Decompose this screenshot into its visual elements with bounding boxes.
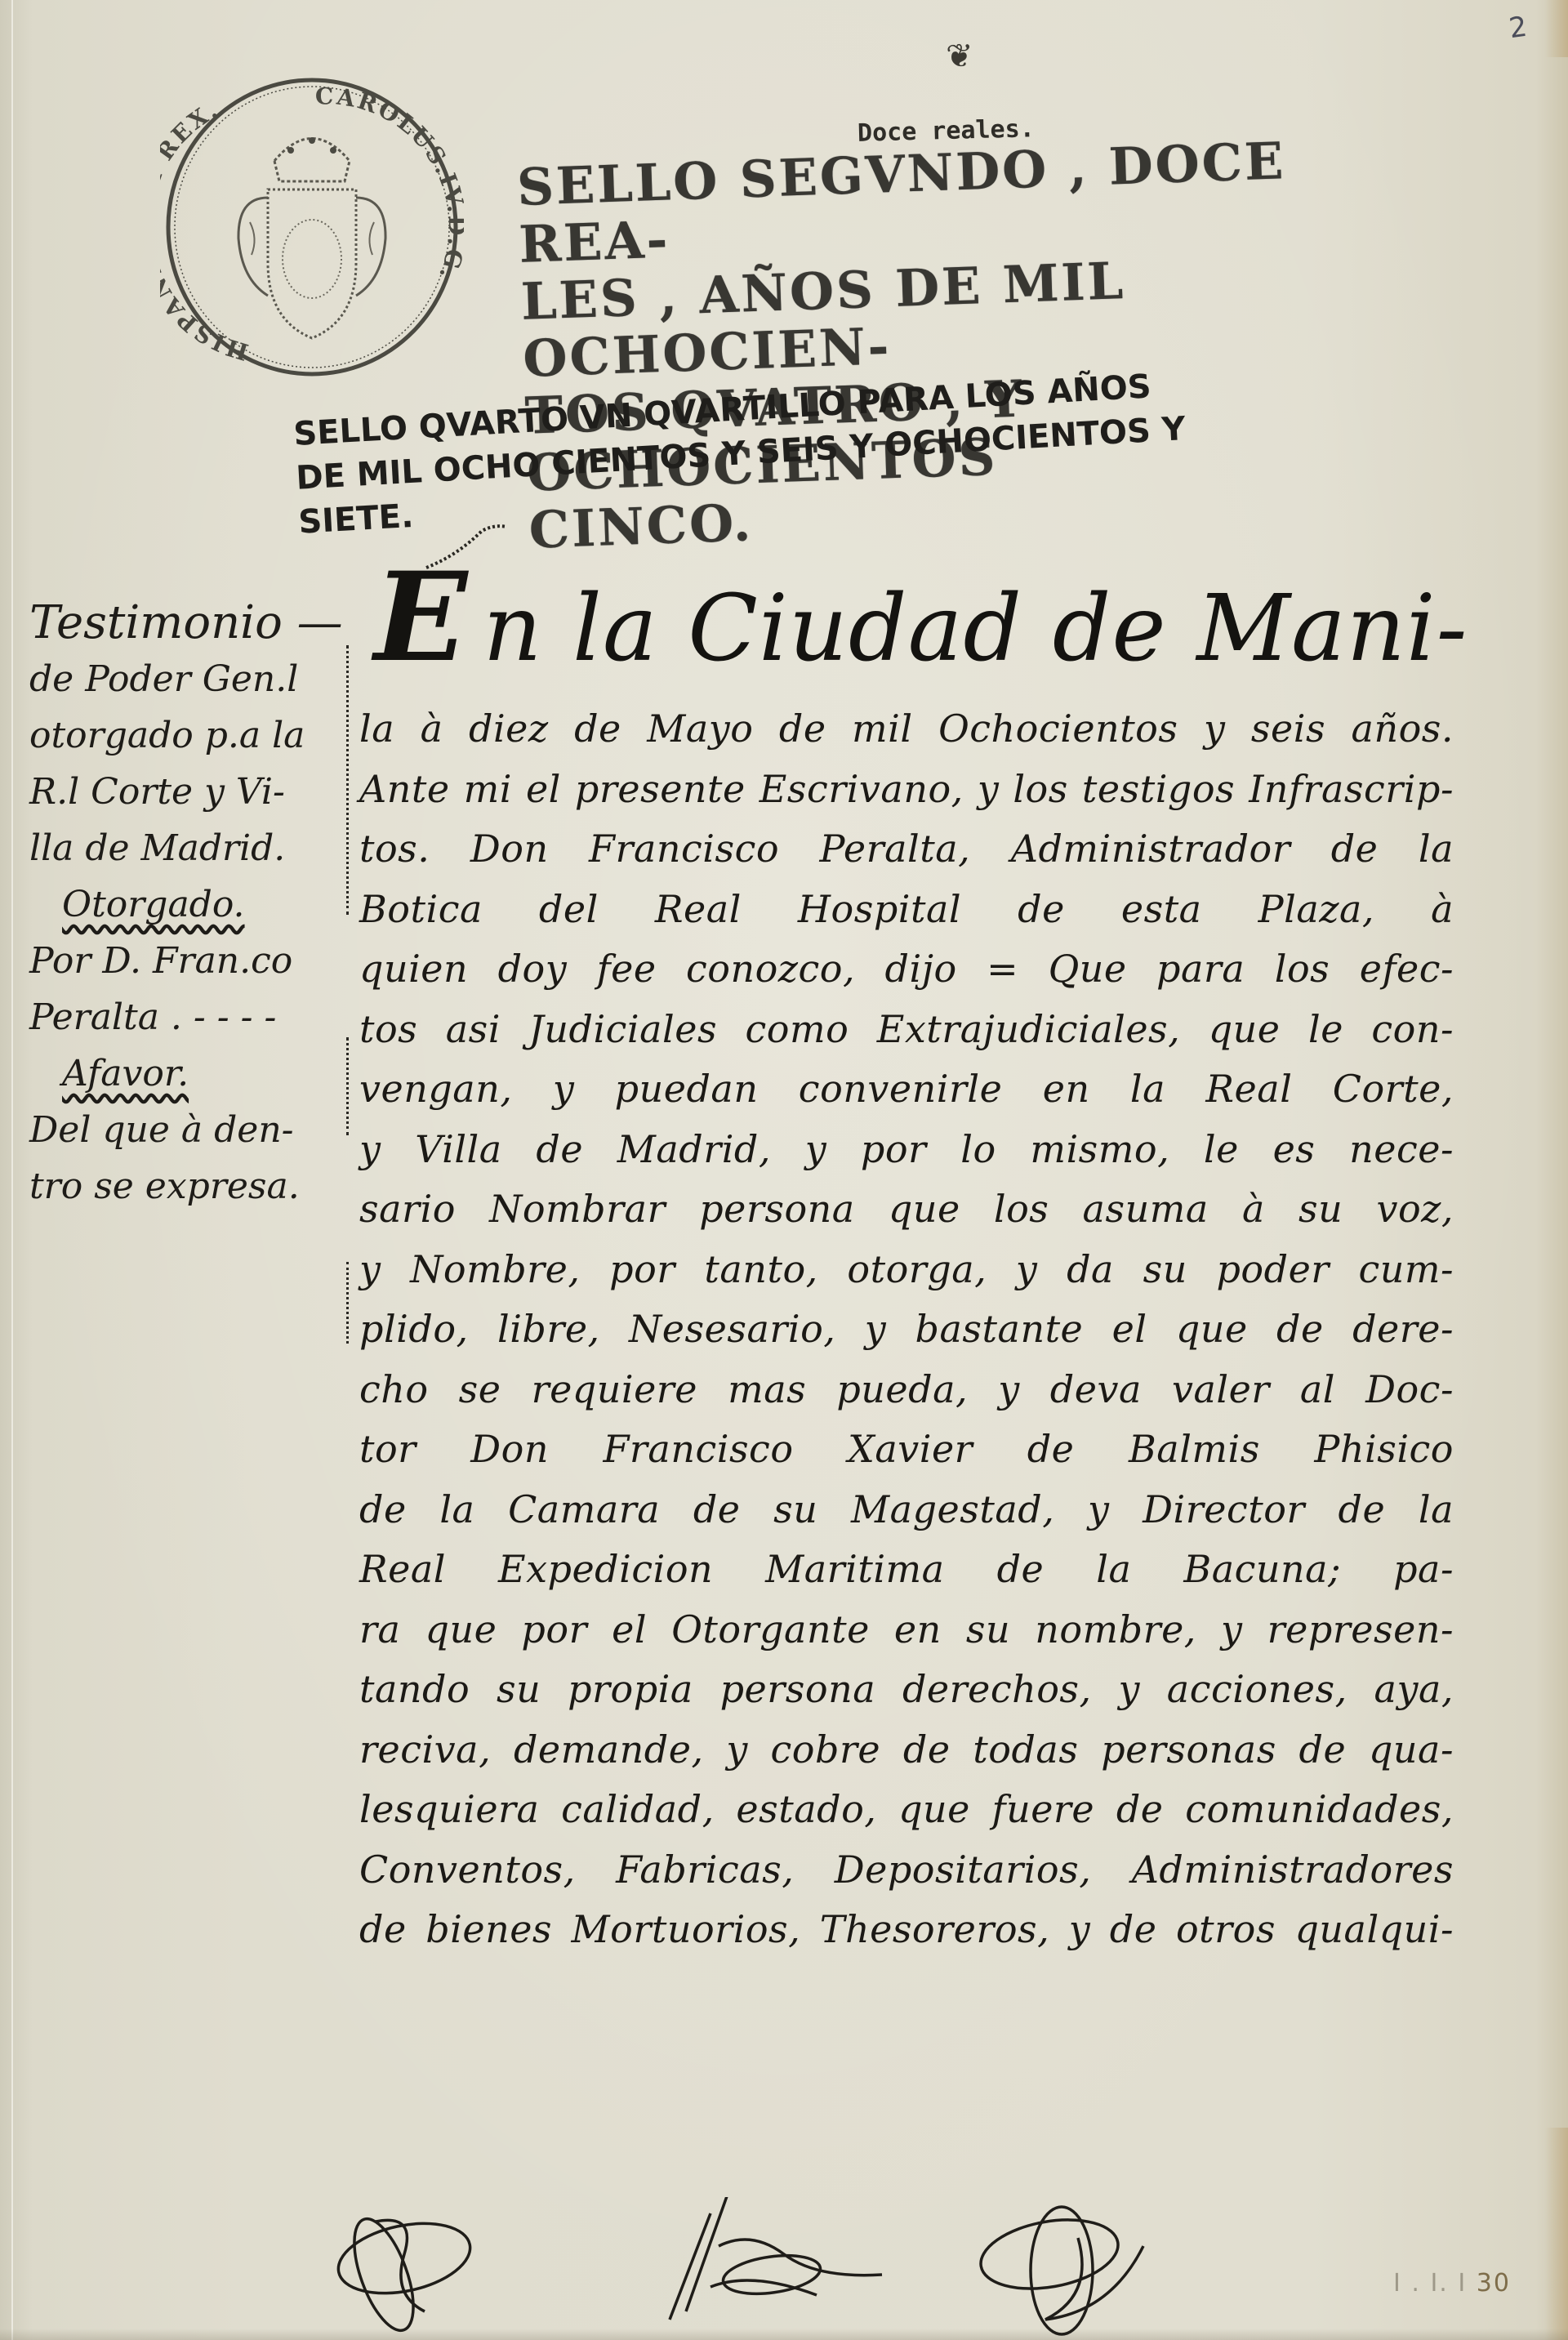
- margin-note: Testimonio — de Poder Gen.l otorgado p.a…: [29, 595, 348, 1215]
- body-line: de la Camara de su Magestad, y Director …: [359, 1480, 1454, 1540]
- body-line: tando su propia persona derechos, y acci…: [359, 1660, 1454, 1720]
- otorgante-line: Por D. Fran.co: [29, 933, 348, 989]
- margin-bracket: [338, 1262, 349, 1344]
- body-line: quien doy fee conozco, dijo = Que para l…: [359, 939, 1454, 1000]
- body-line: vengan, y puedan convenirle en la Real C…: [359, 1059, 1454, 1120]
- favor-line: tro se expresa.: [29, 1158, 348, 1215]
- rubric-left-icon: [332, 2212, 476, 2336]
- body-line: y Villa de Madrid, y por lo mismo, le es…: [359, 1120, 1454, 1180]
- paper-stain-bottom: [1545, 2128, 1568, 2340]
- body-line: reciva, demande, y cobre de todas person…: [359, 1720, 1454, 1781]
- favor-line: Del que à den-: [29, 1102, 348, 1158]
- heading-text: n la Ciudad de Mani-: [483, 576, 1468, 682]
- body-text: la à diez de Mayo de mil Ochocientos y s…: [359, 699, 1454, 1960]
- rubric-center-icon: [670, 2197, 882, 2320]
- body-line: la à diez de Mayo de mil Ochocientos y s…: [359, 699, 1454, 760]
- archive-reference-number: 30: [1477, 2269, 1511, 2298]
- heading-initial: E: [374, 546, 468, 689]
- archive-reference-prefix: I . I. I: [1393, 2269, 1467, 2298]
- rubric-signatures-icon: [327, 2197, 1486, 2336]
- archive-reference: I . I. I 30: [1393, 2269, 1511, 2298]
- body-line: plido, libre, Nesesario, y bastante el q…: [359, 1299, 1454, 1360]
- rubric-right-icon: [975, 2207, 1143, 2334]
- margin-note-line: otorgado p.a la: [29, 707, 348, 764]
- margin-note-line: Testimonio —: [29, 595, 348, 651]
- margin-bracket: [338, 1037, 349, 1135]
- manuscript-page: 2 HISPANIARUM REX. CAROLUS.IV.D.G.: [0, 0, 1568, 2340]
- folio-number: 2: [1507, 11, 1529, 46]
- otorgante-line: Peralta . - - - -: [29, 989, 348, 1045]
- body-line: Ante mi el presente Escrivano, y los tes…: [359, 760, 1454, 820]
- margin-note-line: R.l Corte y Vi-: [29, 764, 348, 820]
- signature-rubrics: [327, 2197, 1486, 2336]
- body-line: lesquiera calidad, estado, que fuere de …: [359, 1780, 1454, 1840]
- otorgado-label: Otorgado.: [29, 884, 245, 925]
- stamp-ornament-icon: ❦: [946, 38, 973, 75]
- paper-stain-top: [1545, 0, 1568, 57]
- body-line: Real Expedicion Maritima de la Bacuna; p…: [359, 1540, 1454, 1600]
- favor-label: Afavor.: [29, 1053, 189, 1094]
- body-line: sario Nombrar persona que los asuma à su…: [359, 1179, 1454, 1240]
- body-line: tos asi Judiciales como Extrajudiciales,…: [359, 1000, 1454, 1060]
- margin-note-line: lla de Madrid.: [29, 820, 348, 876]
- margin-bracket: [338, 645, 349, 915]
- body-line: ra que por el Otorgante en su nombre, y …: [359, 1600, 1454, 1660]
- body-line: y Nombre, por tanto, otorga, y da su pod…: [359, 1240, 1454, 1300]
- margin-note-line: de Poder Gen.l: [29, 651, 348, 707]
- body-line: tos. Don Francisco Peralta, Administrado…: [359, 819, 1454, 880]
- svg-text:CAROLUS.IV.D.G.: CAROLUS.IV.D.G.: [315, 82, 464, 285]
- royal-seal: HISPANIARUM REX. CAROLUS.IV.D.G.: [160, 75, 464, 379]
- body-line: de bienes Mortuorios, Thesoreros, y de o…: [359, 1900, 1454, 1960]
- body-line: cho se requiere mas pueda, y deva valer …: [359, 1360, 1454, 1420]
- page-fold-line: [11, 0, 13, 2340]
- body-line: Conventos, Fabricas, Depositarios, Admin…: [359, 1840, 1454, 1901]
- body-line: Botica del Real Hospital de esta Plaza, …: [359, 880, 1454, 940]
- royal-coat-of-arms-icon: HISPANIARUM REX. CAROLUS.IV.D.G.: [160, 75, 464, 379]
- body-line: tor Don Francisco Xavier de Balmis Phisi…: [359, 1420, 1454, 1480]
- document-heading: En la Ciudad de Mani-: [374, 546, 1468, 689]
